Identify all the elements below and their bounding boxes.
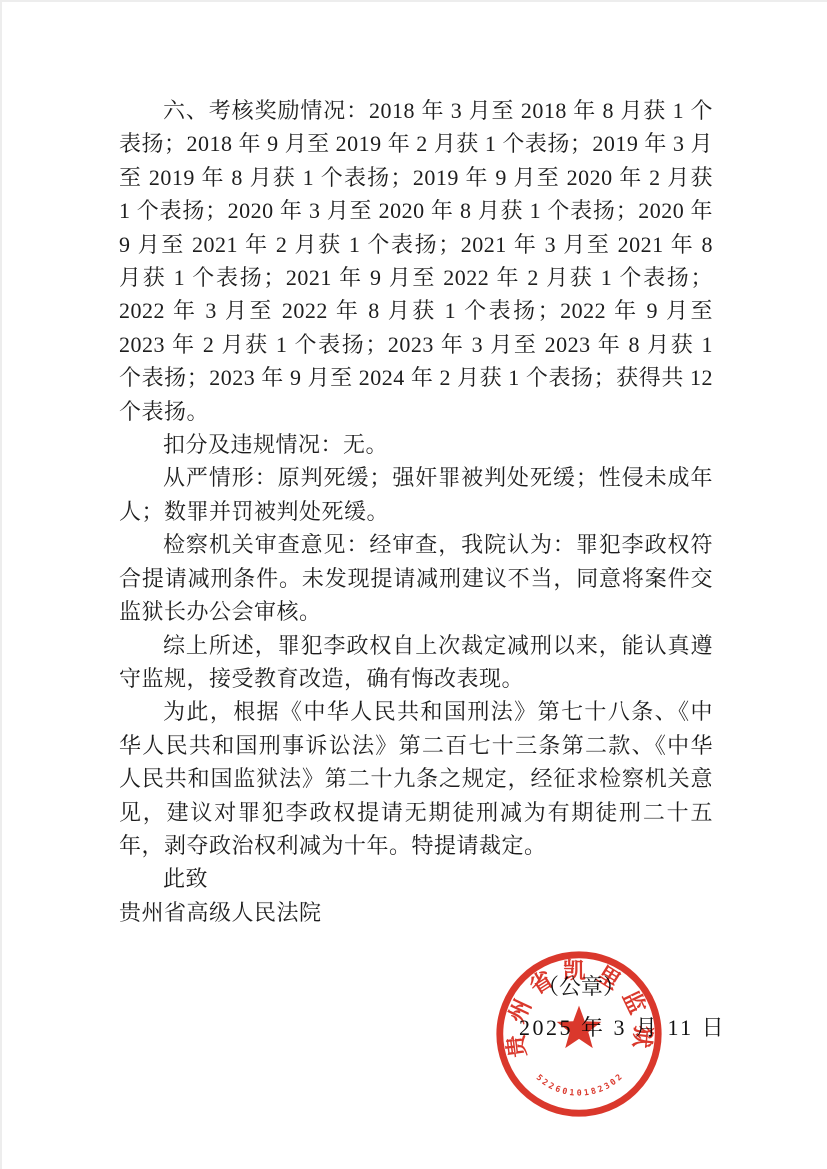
paragraph-assessment-rewards: 六、考核奖励情况：2018 年 3 月至 2018 年 8 月获 1 个表扬；2… xyxy=(119,94,713,428)
document-page: 六、考核奖励情况：2018 年 3 月至 2018 年 8 月获 1 个表扬；2… xyxy=(0,0,827,1169)
closing-line: 此致 xyxy=(119,862,713,895)
paragraph-strict-circumstances: 从严情形：原判死缓；强奸罪被判处死缓；性侵未成年人；数罪并罚被判处死缓。 xyxy=(119,461,713,528)
paragraph-legal-basis: 为此，根据《中华人民共和国刑法》第七十八条、《中华人民共和国刑事诉讼法》第二百七… xyxy=(119,695,713,862)
document-body: 六、考核奖励情况：2018 年 3 月至 2018 年 8 月获 1 个表扬；2… xyxy=(119,94,713,929)
official-seal: 贵州省凯里监狱 5226010182302 xyxy=(491,946,667,1122)
seal-code: 5226010182302 xyxy=(534,1070,625,1098)
paragraph-summary: 综上所述，罪犯李政权自上次裁定减刑以来，能认真遵守监规，接受教育改造，确有悔改表… xyxy=(119,629,713,696)
paragraph-deductions-violations: 扣分及违规情况：无。 xyxy=(119,428,713,461)
recipient-line: 贵州省高级人民法院 xyxy=(119,896,713,929)
seal-code-wrap: 5226010182302 xyxy=(534,1070,625,1098)
paragraph-procuratorate-opinion: 检察机关审查意见：经审查，我院认为：罪犯李政权符合提请减刑条件。未发现提请减刑建… xyxy=(119,528,713,628)
seal-star-icon xyxy=(557,1006,602,1048)
